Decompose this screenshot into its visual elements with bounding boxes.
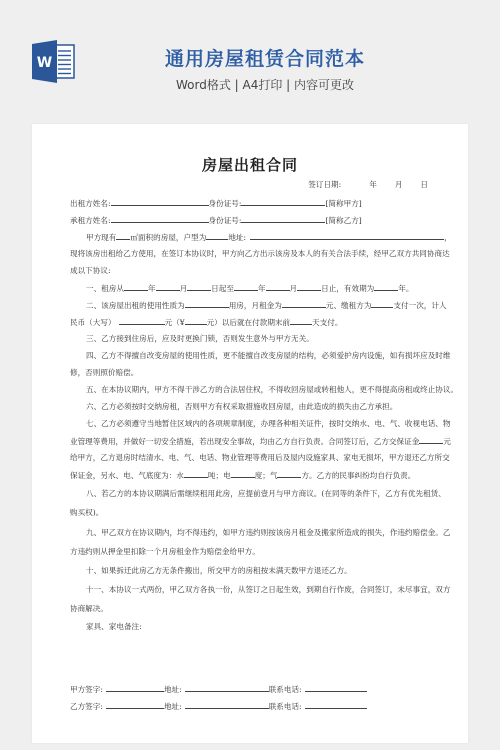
clause-7-line-4: 保证金，另水、电、气底度为：水吨；电度；气方。乙方的民事纠纷均自行负责。 [70, 469, 415, 481]
end-year-field[interactable] [234, 282, 258, 291]
amount-words-field[interactable] [119, 316, 165, 325]
layout-field[interactable] [206, 231, 228, 240]
start-month-field[interactable] [156, 282, 180, 291]
word-icon: W [32, 40, 76, 83]
clause-11-line-1: 十一、本协议一式两份，甲乙双方各执一份，从签订之日起生效，到期自行作废，合同签订… [70, 584, 451, 596]
svg-text:W: W [37, 55, 52, 71]
clause-7-line-2: 业管理等费用，并做好一切安全措施，若出现安全事故，均由乙方自行负责。合同签订后，… [70, 435, 451, 447]
intro-line-1: 甲方现有㎡面积的房屋，户型为地址:， [70, 231, 452, 243]
party-b-phone-field[interactable] [305, 700, 367, 709]
party-b-address-field[interactable] [185, 700, 269, 709]
water-reading-field[interactable] [184, 469, 208, 478]
lessee-id-field[interactable] [241, 214, 325, 223]
lessee-name-field[interactable] [111, 214, 209, 223]
party-b-signature-field[interactable] [106, 700, 164, 709]
signature-row-party-b: 乙方签字:地址:联系电话: [70, 700, 367, 712]
clause-4-line-1: 四、乙方不得擅自改变房屋的使用性质，更不能擅自改变房屋的结构，必须爱护房内设施，… [70, 350, 451, 362]
lessor-id-field[interactable] [241, 197, 325, 206]
electric-reading-field[interactable] [231, 469, 255, 478]
clause-4-line-2: 修，否则照价赔偿。 [70, 367, 138, 379]
clause-8-line-1: 八、若乙方的本协议期满后需继续租用此房，应提前壹月与甲方商议。(在同等的条件下，… [70, 488, 446, 500]
document-page: 房屋出租合同 签订日期:年月日 出租方姓名:身份证号:[简称甲方] 承租方姓名:… [32, 124, 468, 743]
area-field[interactable] [116, 231, 130, 240]
clause-9-line-1: 九、甲乙双方在协议期内，均不得违约，如甲方违约则按该房月租金及搬家所造成的损失，… [70, 527, 451, 539]
deposit-field[interactable] [419, 435, 443, 444]
furniture-note: 家具、家电备注: [70, 621, 142, 633]
clause-7-line-3: 给甲方，乙方退房时结清水、电、气、电话、物业管理等费用后及屋内设施家具、家电无损… [70, 452, 450, 464]
clause-6: 六、乙方必须按时交纳房租，否则甲方有权采取措施收回房屋，由此造成的损失由乙方承担… [70, 401, 397, 413]
clause-1: 一、租房从年月日起至年月日止，有效期为年。 [70, 282, 413, 294]
end-month-field[interactable] [266, 282, 290, 291]
intro-line-2: 现将该房出租给乙方使用，在签订本协议时，甲方向乙方出示该房及本人的有关合法手续，… [70, 248, 450, 260]
clause-2-line-2: 民币（大写）元（¥元）以后就在付款期末前天支付。 [70, 316, 343, 328]
party-a-signature-field[interactable] [106, 683, 164, 692]
banner-header: W 通用房屋租赁合同范本 Word格式 | A4打印 | 内容可更改 [0, 0, 500, 120]
amount-number-field[interactable] [185, 316, 207, 325]
clause-5: 五、在本协议期内，甲方不得干涉乙方的合法居住权，不得收回房屋或转租他人，更不得提… [70, 384, 458, 396]
party-a-phone-field[interactable] [305, 683, 367, 692]
payment-method-field[interactable] [371, 299, 393, 308]
sign-date: 签订日期:年月日 [308, 179, 428, 190]
clause-11-line-2: 协商解决。 [70, 603, 108, 615]
sign-date-year: 年 [369, 180, 377, 189]
sign-date-label: 签订日期: [308, 180, 341, 189]
sign-date-day: 日 [420, 180, 428, 189]
document-title: 房屋出租合同 [32, 154, 468, 175]
end-day-field[interactable] [297, 282, 321, 291]
payment-days-field[interactable] [290, 316, 312, 325]
party-lessor-row: 出租方姓名:身份证号:[简称甲方] [70, 197, 362, 209]
party-lessee-row: 承租方姓名:身份证号:[简称乙方] [70, 214, 362, 226]
banner-title: 通用房屋租赁合同范本 [150, 44, 380, 71]
signature-row-party-a: 甲方签字:地址:联系电话: [70, 683, 367, 695]
clause-2-line-1: 二、该房屋出租的使用性质为用房，月租金为元、缴租方为支付一次，计人 [70, 299, 447, 311]
clause-9-line-2: 方违约则从押金里扣除一个月房租金作为赔偿金给甲方。 [70, 546, 260, 558]
banner-subtitle: Word格式 | A4打印 | 内容可更改 [150, 76, 380, 93]
clause-3: 三、乙方接到住房后，应及时更换门锁，否则发生意外与甲方无关。 [70, 333, 314, 345]
sign-date-month: 月 [395, 180, 403, 189]
term-years-field[interactable] [374, 282, 398, 291]
lessor-name-field[interactable] [111, 197, 209, 206]
clause-7-line-1: 七、乙方必须遵守当地暂住区域内的各项规章制度，办理各种相关证件，按时交纳水、电、… [70, 418, 451, 430]
clause-10: 十、如果拆迁此房乙方无条件搬出，所交甲方的房租按未满天数甲方退还乙方。 [70, 565, 352, 577]
monthly-rent-field[interactable] [282, 299, 326, 308]
clause-8-line-2: 购买权)。 [70, 507, 103, 519]
start-day-field[interactable] [187, 282, 211, 291]
address-field[interactable] [250, 231, 444, 240]
party-a-address-field[interactable] [185, 683, 269, 692]
intro-line-3: 成以下协议: [70, 265, 111, 277]
usage-field[interactable] [185, 299, 229, 308]
gas-reading-field[interactable] [277, 469, 301, 478]
start-year-field[interactable] [124, 282, 148, 291]
